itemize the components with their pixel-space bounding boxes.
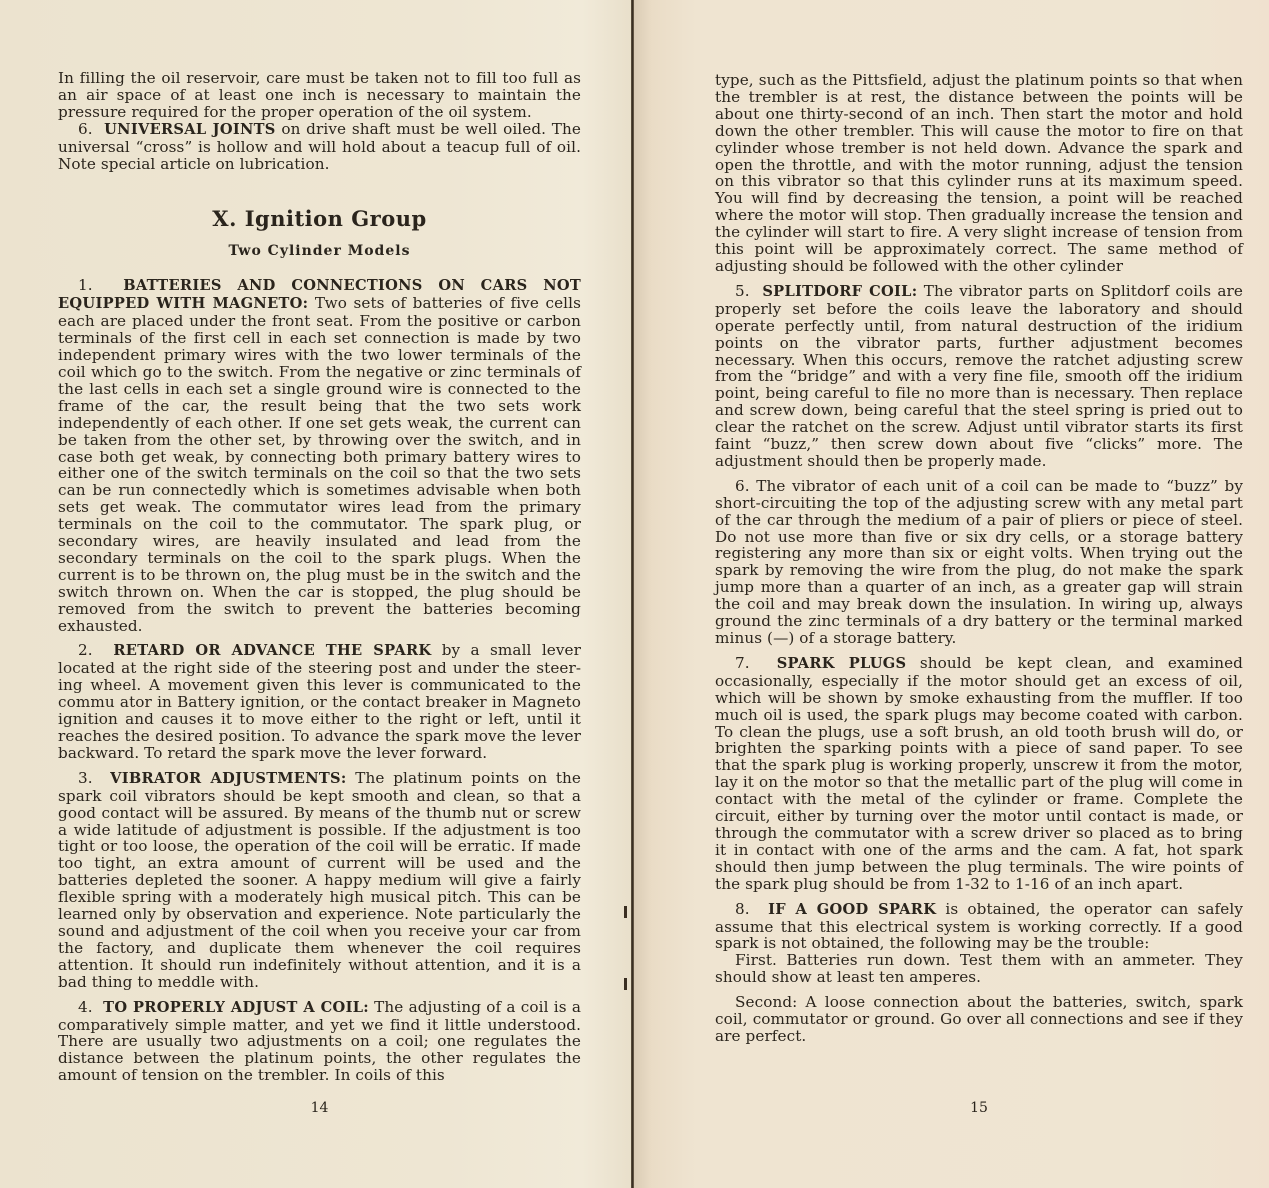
intro-paragraph: In filling the oil reservoir, care must … <box>58 70 581 121</box>
binding-thread-mark <box>624 906 627 918</box>
paragraph-heading: SPLITDORF COIL: <box>762 283 917 300</box>
paragraph-number: 6. <box>735 477 750 495</box>
left-page: In filling the oil reservoir, care must … <box>0 0 633 1188</box>
binding-thread-mark <box>624 978 627 990</box>
page-number: 14 <box>58 1100 581 1116</box>
section-title: X. Ignition Group <box>58 206 581 231</box>
book-spine <box>631 0 634 1188</box>
paragraph-number: 5. <box>735 282 750 300</box>
left-page-text: In filling the oil reservoir, care must … <box>58 70 581 1084</box>
page-number: 15 <box>715 1100 1243 1116</box>
paragraph-number: 1. <box>78 276 93 294</box>
right-page-text: type, such as the Pittsfield, adjust the… <box>715 72 1243 1045</box>
book-spread: In filling the oil reservoir, care must … <box>0 0 1269 1188</box>
paragraph-number: 3. <box>78 769 93 787</box>
paragraph-body: by a small lever located at the right si… <box>58 641 581 761</box>
paragraph-heading: VIBRATOR ADJUSTMENTS: <box>110 770 346 787</box>
paragraph-number: 2. <box>78 641 93 659</box>
paragraph-batteries: 1. BATTERIES AND CONNECTIONS ON CARS NOT… <box>58 277 581 634</box>
paragraph-body: The vibrator parts on Splitdorf coils ar… <box>715 282 1243 470</box>
right-page: type, such as the Pittsfield, adjust the… <box>633 0 1269 1188</box>
paragraph-heading: UNIVERSAL JOINTS <box>104 121 275 138</box>
paragraph-good-spark: 8. IF A GOOD SPARK is obtained, the oper… <box>715 901 1243 953</box>
paragraph-vibrator-buzz: 6. The vibrator of each unit of a coil c… <box>715 478 1243 647</box>
paragraph-vibrator-adjustments: 3. VIBRATOR ADJUSTMENTS: The platinum po… <box>58 770 581 991</box>
paragraph-body: should be kept clean, and examined occas… <box>715 654 1243 893</box>
paragraph-heading: TO PROPERLY ADJUST A COIL: <box>103 999 369 1016</box>
section-subtitle: Two Cylinder Models <box>58 243 581 259</box>
paragraph-heading: IF A GOOD SPARK <box>768 901 936 918</box>
paragraph-retard-advance: 2. RETARD OR ADVANCE THE SPARK by a smal… <box>58 642 581 761</box>
paragraph-number: 8. <box>735 900 750 918</box>
paragraph-universal-joints: 6. UNIVERSAL JOINTS on drive shaft must … <box>58 121 581 173</box>
paragraph-second-trouble: Second: A loose connection about the bat… <box>715 994 1243 1045</box>
paragraph-splitdorf-coil: 5. SPLITDORF COIL: The vibrator parts on… <box>715 283 1243 470</box>
paragraph-body: The platinum points on the spark coil vi… <box>58 769 581 991</box>
paragraph-heading: RETARD OR ADVANCE THE SPARK <box>113 642 431 659</box>
paragraph-heading: SPARK PLUGS <box>777 655 907 672</box>
paragraph-first-trouble: First. Batteries run down. Test them wit… <box>715 952 1243 986</box>
paragraph-number: 7. <box>735 654 750 672</box>
paragraph-number: 4. <box>78 998 93 1016</box>
paragraph-adjust-coil: 4. TO PROPERLY ADJUST A COIL: The adjust… <box>58 999 581 1085</box>
paragraph-body: The vibrator of each unit of a coil can … <box>715 477 1243 647</box>
continuation-paragraph: type, such as the Pittsfield, adjust the… <box>715 72 1243 275</box>
paragraph-number: 6. <box>78 120 93 138</box>
paragraph-spark-plugs: 7. SPARK PLUGS should be kept clean, and… <box>715 655 1243 893</box>
paragraph-body: Two sets of batteries of five cells each… <box>58 294 581 634</box>
